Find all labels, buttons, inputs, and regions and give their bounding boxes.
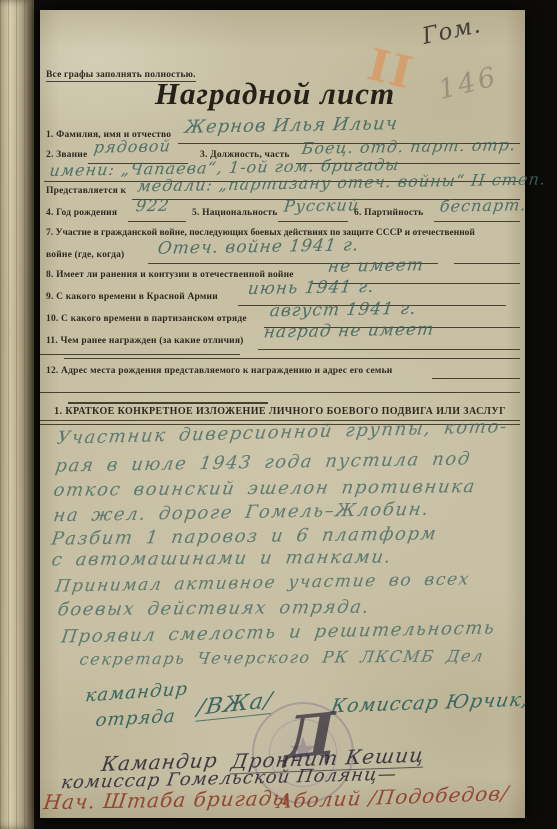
body-line-4: на жел. дороге Гомель–Жлобин. xyxy=(52,499,431,527)
field-3-value: Боец. отд. парт. отр. xyxy=(301,135,518,158)
field-5-label: 5. Национальность xyxy=(192,208,278,218)
body-line-6: с автомашинами и танками. xyxy=(50,547,393,571)
body-line-9: Проявил смелость и решительность xyxy=(60,617,497,647)
page-number-mark: 146 xyxy=(435,61,501,106)
book-binding-page-edges xyxy=(0,0,34,829)
field-4-value: 922 xyxy=(135,196,171,216)
field-12-label: 12. Адрес места рождения представляемого… xyxy=(46,366,392,376)
field-5-underline xyxy=(278,221,348,222)
field-12-underline-a xyxy=(432,378,520,379)
scanned-document-background: Гом. II 146 Все графы заполнять полность… xyxy=(0,0,557,829)
field-4-label: 4. Год рождения xyxy=(46,208,117,218)
field-2-label: 2. Звание xyxy=(46,150,87,160)
body-line-10: секретарь Чечерского РК ЛКСМБ Дел xyxy=(78,646,485,669)
body-line-8: боевых действиях отряда. xyxy=(56,597,371,621)
section-overline xyxy=(68,402,268,404)
detachment-commander-label-1: камандир xyxy=(84,678,189,706)
field-2-value: рядовой xyxy=(93,136,172,156)
body-line-3: откос воинский эшелон противника xyxy=(52,476,477,501)
archive-note-gom: Гом. xyxy=(420,12,484,50)
body-line-2: рая в июле 1943 года пустила под xyxy=(54,448,472,476)
field-9-value: июнь 1941 г. xyxy=(247,277,376,299)
field-6-label: 6. Партийность xyxy=(354,208,423,218)
award-sheet-paper: Гом. II 146 Все графы заполнять полность… xyxy=(40,10,525,818)
presented-for-label: Представляется к xyxy=(46,186,126,196)
field-7-label-line2: войне (где, когда) xyxy=(46,250,124,260)
field-8-value: не имеет xyxy=(327,255,426,277)
section-header: 1. КРАТКОЕ КОНКРЕТНОЕ ИЗЛОЖЕНИЕ ЛИЧНОГО … xyxy=(40,406,520,417)
field-11-underline xyxy=(258,349,520,350)
field-6-value: беспарт. xyxy=(439,195,528,216)
field-4-underline xyxy=(128,221,186,222)
detachment-commander-label-2: отряда xyxy=(94,706,177,731)
field-12-underline-b xyxy=(40,392,520,393)
body-line-7: Принимал активное участие во всех xyxy=(54,569,471,596)
field-11-label: 11. Чем ранее награжден (за какие отличи… xyxy=(46,336,244,346)
field-7-value: Отеч. войне 1941 г. xyxy=(157,235,361,259)
field-9-label: 9. С какого времени в Красной Армии xyxy=(46,292,218,302)
field-1-value: Жернов Илья Ильич xyxy=(183,113,399,138)
field-11-value: наград не имеет xyxy=(263,320,436,343)
document-title: Наградной лист xyxy=(135,76,415,112)
field-7-underline-b xyxy=(454,263,520,264)
divider-rule-a xyxy=(40,354,240,355)
commissar-signature: Комиссар Юрчик, xyxy=(329,689,530,718)
field-10-label: 10. С какого времени в партизанском отря… xyxy=(46,314,247,324)
divider-rule-b xyxy=(64,358,520,359)
field-6-underline xyxy=(434,221,520,222)
chief-of-staff-label: Нач. Штаба бригады xyxy=(42,786,291,814)
field-5-value: Русский xyxy=(283,195,361,215)
detachment-commander-signature: /ВЖа/ xyxy=(195,688,274,722)
field-10-value: август 1941 г. xyxy=(269,299,418,322)
